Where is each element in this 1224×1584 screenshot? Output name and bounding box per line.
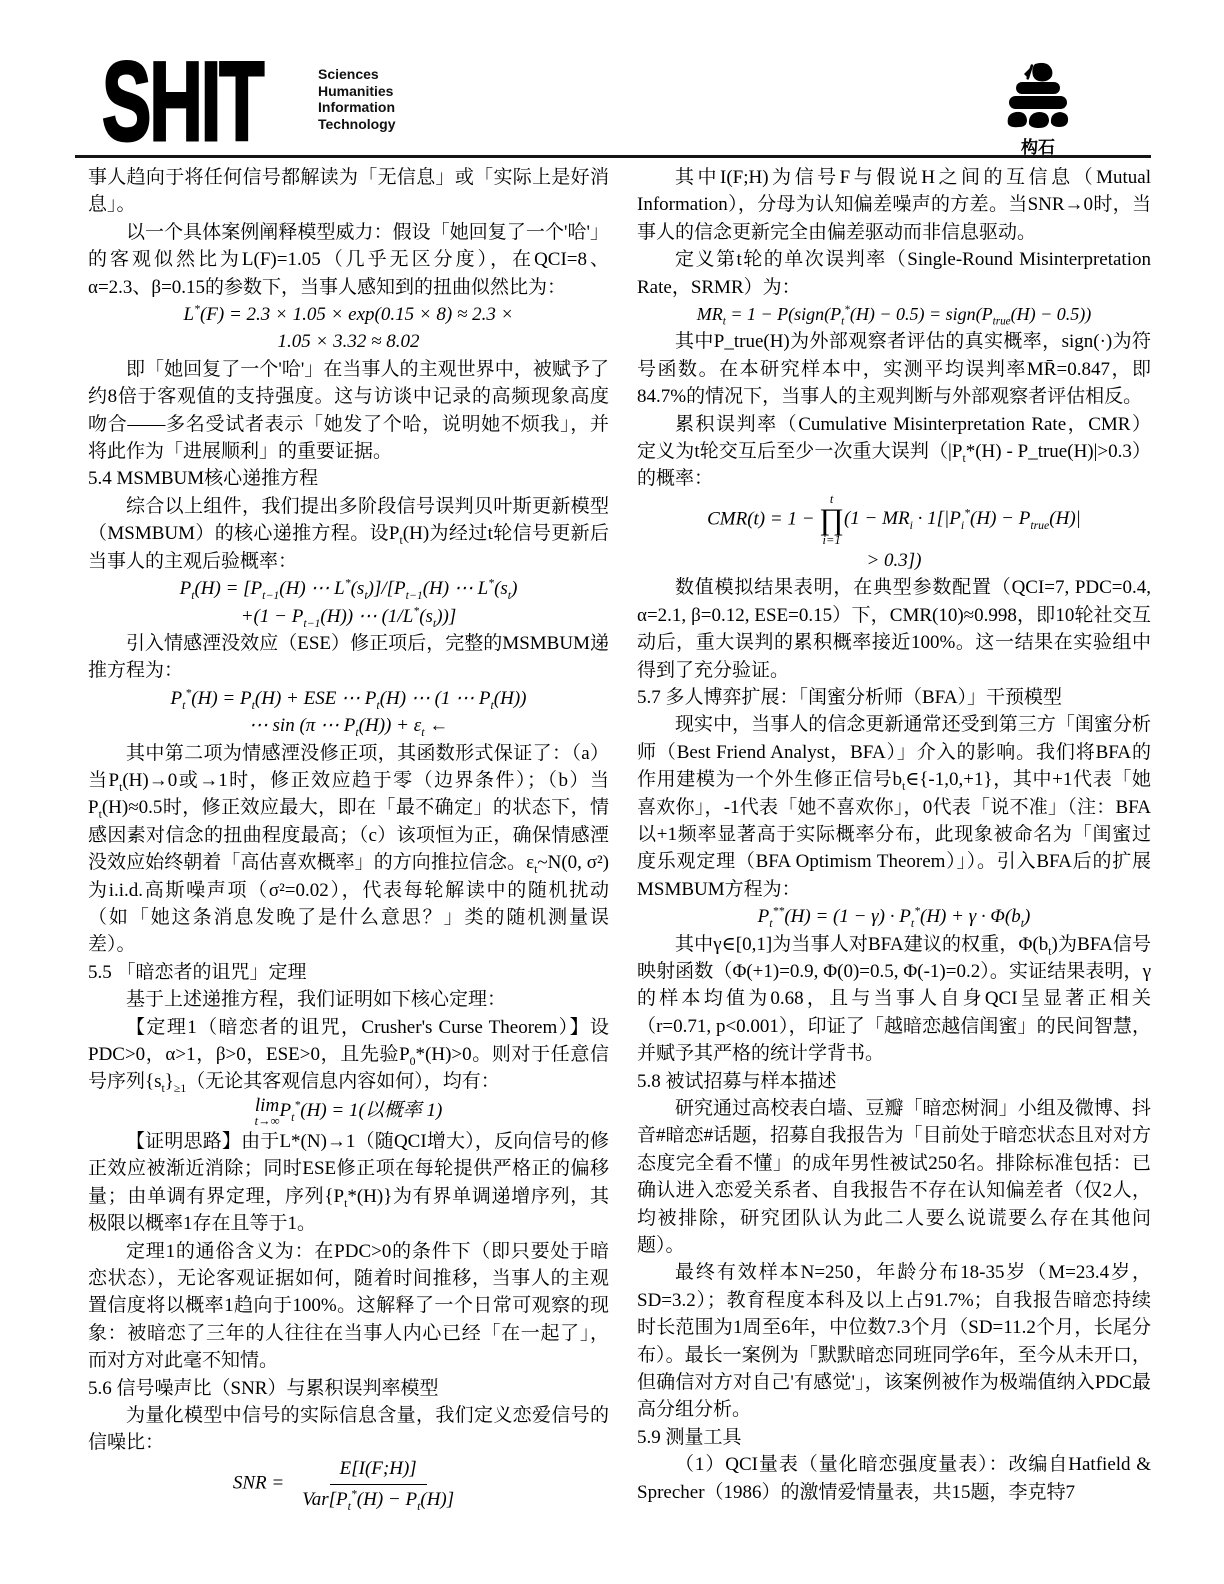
formula: Pt**(H) = (1 − γ) · Pt*(H) + γ · Φ(bt) [637, 903, 1151, 930]
paragraph: 其中I(F;H)为信号F与假说H之间的互信息（Mutual Informatio… [637, 164, 1151, 246]
paragraph: 【定理1（暗恋者的诅咒，Crusher's Curse Theorem）】设PD… [88, 1014, 609, 1096]
paragraph: 基于上述递推方程，我们证明如下核心定理： [88, 986, 609, 1013]
paragraph: 累积误判率（Cumulative Misinterpretation Rate，… [637, 411, 1151, 493]
paragraph: 综合以上组件，我们提出多阶段信号误判贝叶斯更新模型（MSMBUM）的核心递推方程… [88, 493, 609, 575]
section-heading: 5.5 「暗恋者的诅咒」定理 [88, 959, 609, 986]
formula: MRt = 1 − P(sign(Pt*(H) − 0.5) = sign(Pt… [637, 301, 1151, 328]
paragraph: 定理1的通俗含义为：在PDC>0的条件下（即只要处于暗恋状态），无论客观证据如何… [88, 1238, 609, 1375]
formula: SNR =E[I(F;H)]Var[Pt*(H) − Pt(H)] [88, 1457, 609, 1512]
paragraph: 事人趋向于将任何信号都解读为「无信息」或「实际上是好消息」。 [88, 164, 609, 219]
paragraph: 【证明思路】由于L*(N)→1（随QCI增大），反向信号的修正效应被渐近消除；同… [88, 1128, 609, 1238]
journal-logo: SHIT [102, 52, 262, 153]
paragraph: 即「她回复了一个'哈'」在当事人的主观世界中，被赋予了约8倍于客观值的支持强度。… [88, 356, 609, 466]
section-heading: 5.4 MSMBUM核心递推方程 [88, 465, 609, 492]
left-column: 事人趋向于将任何信号都解读为「无信息」或「实际上是好消息」。以一个具体案例阐释模… [88, 164, 609, 1511]
paragraph: 为量化模型中信号的实际信息含量，我们定义恋爱信号的信噪比： [88, 1402, 609, 1457]
section-heading: 5.9 测量工具 [637, 1424, 1151, 1451]
paragraph: 现实中，当事人的信念更新通常还受到第三方「闺蜜分析师（Best Friend A… [637, 711, 1151, 903]
paragraph: （1）QCI量表（量化暗恋强度量表）：改编自Hatfield & Spreche… [637, 1451, 1151, 1506]
tagline-line: Sciences [318, 66, 396, 83]
paragraph: 定义第t轮的单次误判率（Single-Round Misinterpretati… [637, 246, 1151, 301]
paper-page: SHIT Sciences Humanities Information Tec… [0, 0, 1224, 1584]
paragraph: 引入情感湮没效应（ESE）修正项后，完整的MSMBUM递推方程为： [88, 630, 609, 685]
tagline-line: Technology [318, 116, 396, 133]
tagline-line: Information [318, 99, 396, 116]
paragraph: 研究通过高校表白墙、豆瓣「暗恋树洞」小组及微博、抖音#暗恋#话题，招募自我报告为… [637, 1095, 1151, 1259]
formula: CMR(t) = 1 − t∏i=1(1 − MRi · 1[|Pi*(H) −… [637, 493, 1151, 574]
paragraph: 数值模拟结果表明，在典型参数配置（QCI=7, PDC=0.4, α=2.1, … [637, 574, 1151, 684]
paragraph: 其中P_true(H)为外部观察者评估的真实概率，sign(·)为符号函数。在本… [637, 328, 1151, 410]
formula: L*(F) = 2.3 × 1.05 × exp(0.15 × 8) ≈ 2.3… [88, 301, 609, 356]
formula: Pt(H) = [Pt−1(H) ⋯ L*(st)]/[Pt−1(H) ⋯ L*… [88, 575, 609, 630]
formula: Pt*(H) = Pt(H) + ESE ⋯ Pt(H) ⋯ (1 ⋯ Pt(H… [88, 685, 609, 740]
paragraph: 以一个具体案例阐释模型威力：假设「她回复了一个'哈'」的客观似然比为L(F)=1… [88, 219, 609, 301]
paragraph: 其中第二项为情感湮没修正项，其函数形式保证了：（a）当Pt(H)→0或→1时，修… [88, 740, 609, 959]
journal-tagline: Sciences Humanities Information Technolo… [318, 66, 396, 132]
paragraph: 最终有效样本N=250，年龄分布18-35岁（M=23.4岁，SD=3.2）；教… [637, 1259, 1151, 1423]
section-heading: 5.7 多人博弈扩展：「闺蜜分析师（BFA）」干预模型 [637, 684, 1151, 711]
paragraph: 其中γ∈[0,1]为当事人对BFA建议的权重，Φ(bt)为BFA信号映射函数（Φ… [637, 931, 1151, 1068]
rock-pile-icon [1002, 121, 1074, 138]
publisher-stamp: 构石 [1000, 58, 1076, 157]
section-heading: 5.8 被试招募与样本描述 [637, 1068, 1151, 1095]
right-column: 其中I(F;H)为信号F与假说H之间的互信息（Mutual Informatio… [637, 164, 1151, 1506]
tagline-line: Humanities [318, 83, 396, 100]
formula: limt→∞Pt*(H) = 1(以概率 1) [88, 1096, 609, 1128]
section-heading: 5.6 信号噪声比（SNR）与累积误判率模型 [88, 1375, 609, 1402]
header-divider-rule [75, 155, 1151, 158]
